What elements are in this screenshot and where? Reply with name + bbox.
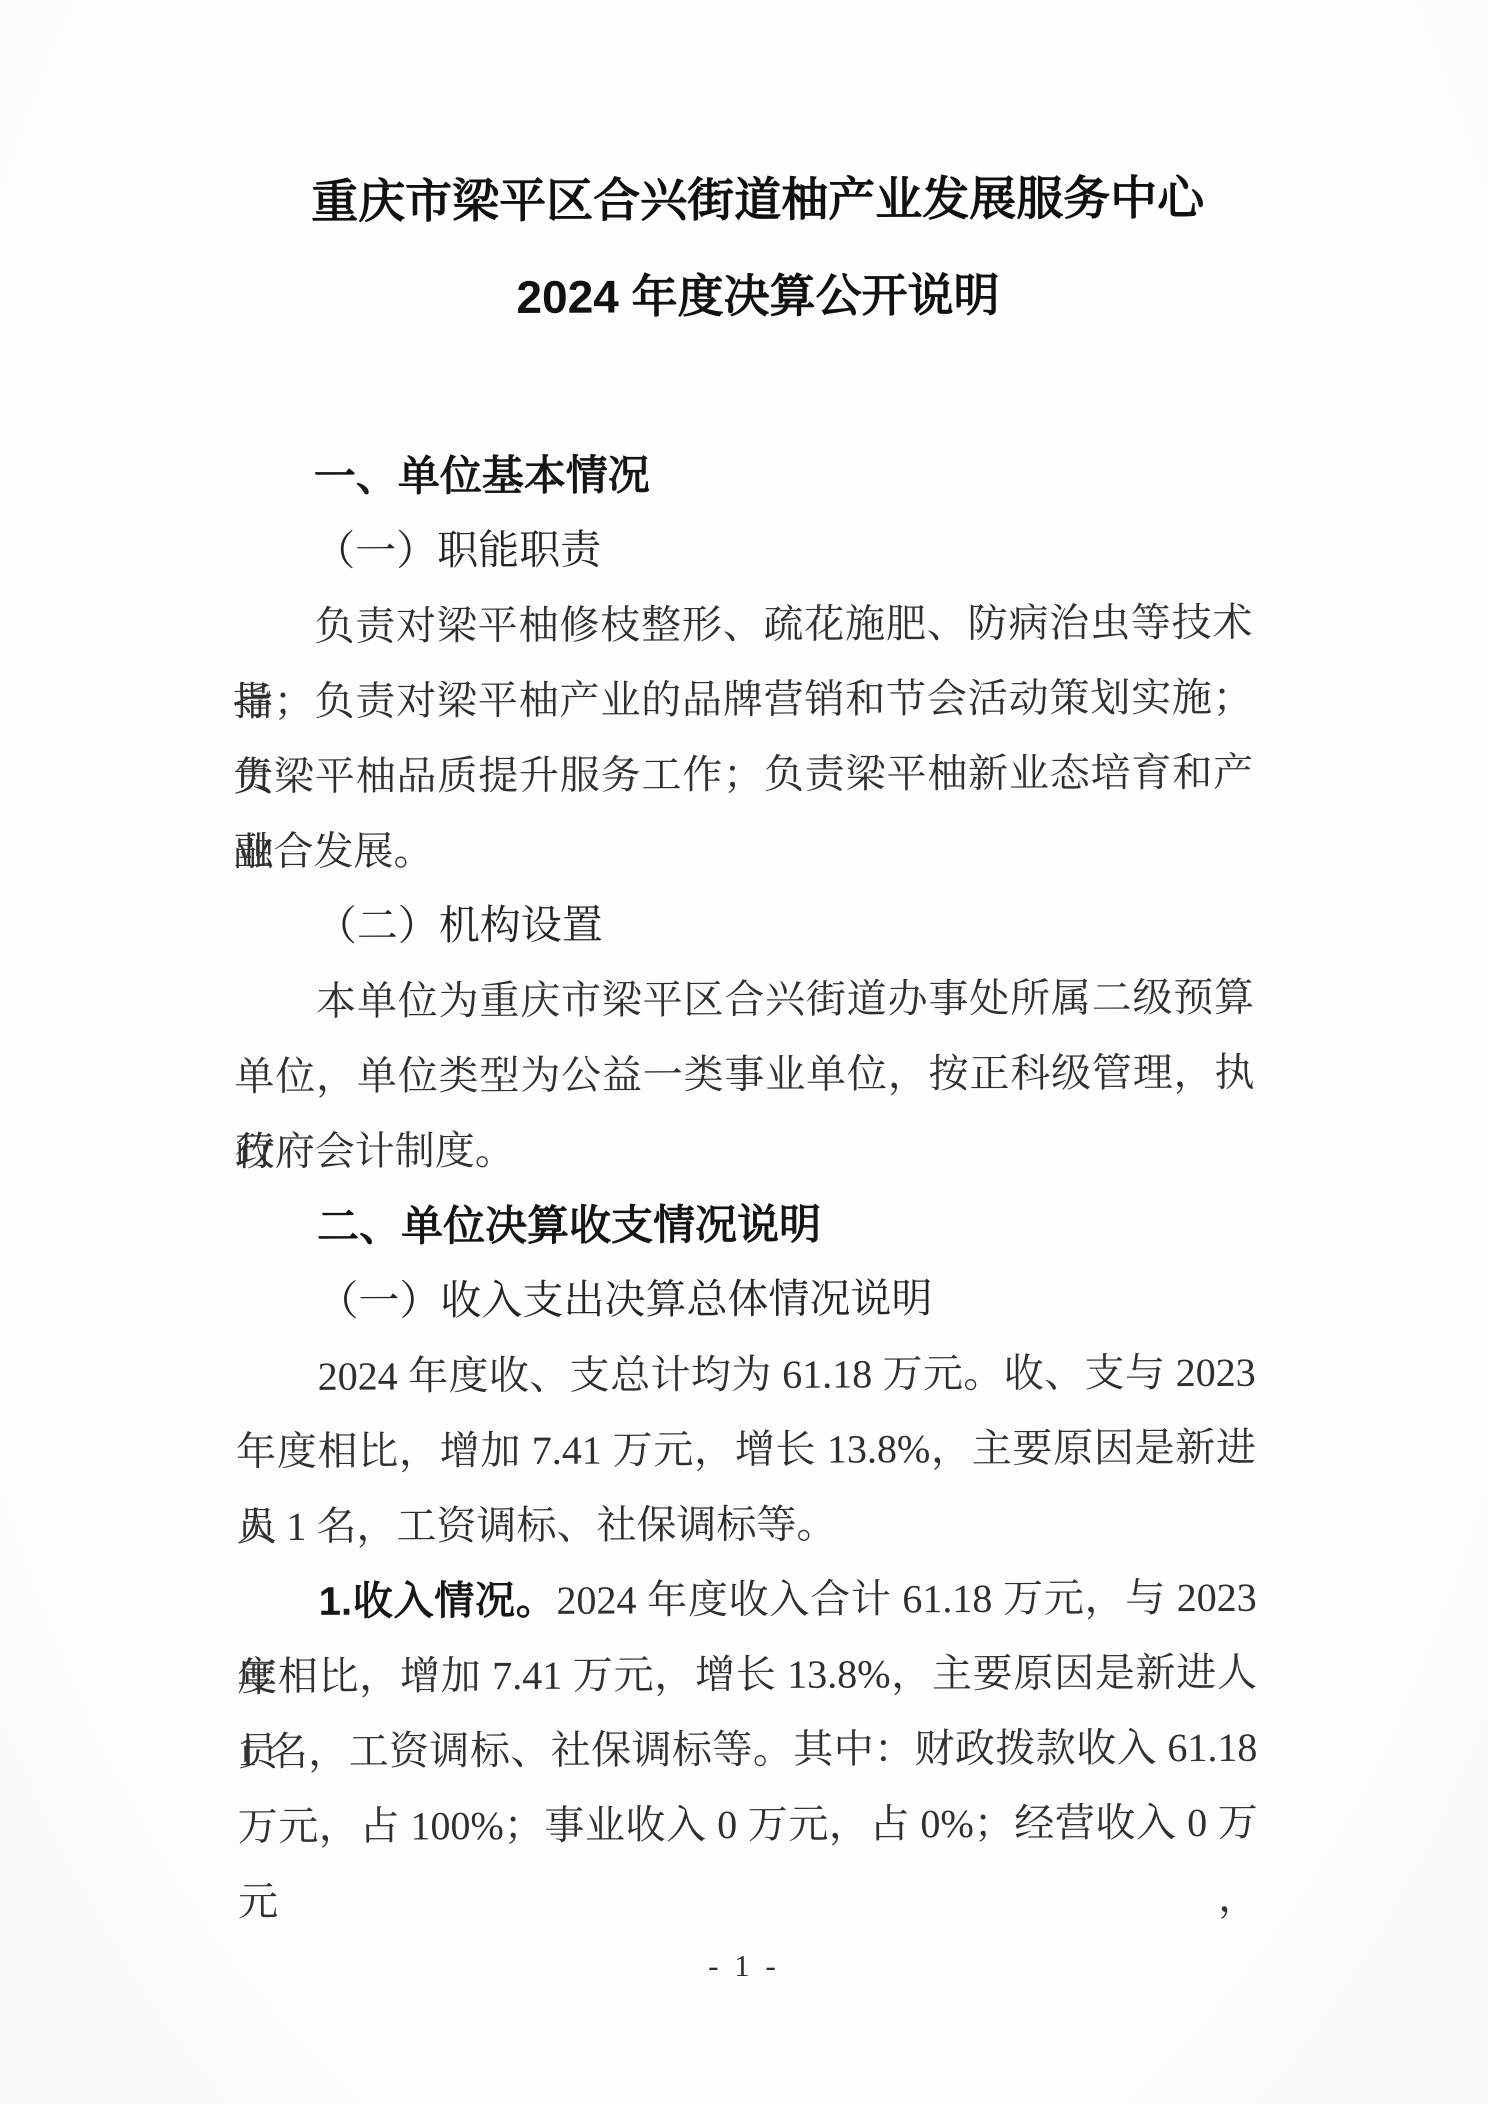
document-content: 重庆市梁平区合兴街道柚产业发展服务中心 2024 年度决算公开说明 一、单位基本… [230,0,1258,1864]
paragraph-4-line-2: 度相比，增加 7.41 万元，增长 13.8%，主要原因是新进人员 [237,1635,1257,1714]
section-2-heading: 二、单位决算收支情况说明 [235,1185,1255,1264]
subsection-2-1-heading: （一）收入支出决算总体情况说明 [235,1260,1255,1339]
paragraph-4-bold-lead: 1.收入情况。 [319,1579,557,1624]
paragraph-2-line-3: 政府会计制度。 [235,1110,1255,1189]
paragraph-3-line-3: 员 1 名，工资调标、社保调标等。 [236,1485,1256,1564]
paragraph-1-line-1: 负责对梁平柚修枝整形、疏花施肥、防病治虫等技术指 [232,585,1252,664]
document-page: 重庆市梁平区合兴街道柚产业发展服务中心 2024 年度决算公开说明 一、单位基本… [0,0,1488,2104]
paragraph-3-line-1: 2024 年度收、支总计均为 61.18 万元。收、支与 2023 [236,1335,1256,1414]
paragraph-1-line-3: 责梁平柚品质提升服务工作；负责梁平柚新业态培育和产业 [233,735,1253,814]
document-title-line2: 2024 年度决算公开说明 [231,246,1251,346]
paragraph-3-line-2: 年度相比，增加 7.41 万元，增长 13.8%，主要原因是新进人 [236,1410,1256,1489]
document-title-line1: 重庆市梁平区合兴街道柚产业发展服务中心 [230,150,1250,250]
page-number: - 1 - [0,1948,1488,1984]
paragraph-4-line-3: 1 名，工资调标、社保调标等。其中：财政拨款收入 61.18 [237,1710,1257,1789]
paragraph-2-line-2: 单位，单位类型为公益一类事业单位，按正科级管理，执行 [234,1035,1254,1114]
subsection-1-1-heading: （一）职能职责 [232,510,1252,589]
section-1-heading: 一、单位基本情况 [232,435,1252,514]
paragraph-2-line-1: 本单位为重庆市梁平区合兴街道办事处所属二级预算 [234,960,1254,1039]
paragraph-4-line-4: 万元，占 100%；事业收入 0 万元，占 0%；经营收入 0 万元， [238,1785,1258,1864]
paragraph-4-line-1: 1.收入情况。2024 年度收入合计 61.18 万元，与 2023 年 [237,1560,1257,1639]
subsection-1-2-heading: （二）机构设置 [234,885,1254,964]
paragraph-1-line-2: 导；负责对梁平柚产业的品牌营销和节会活动策划实施；负 [233,660,1253,739]
paragraph-1-line-4: 融合发展。 [233,810,1253,889]
